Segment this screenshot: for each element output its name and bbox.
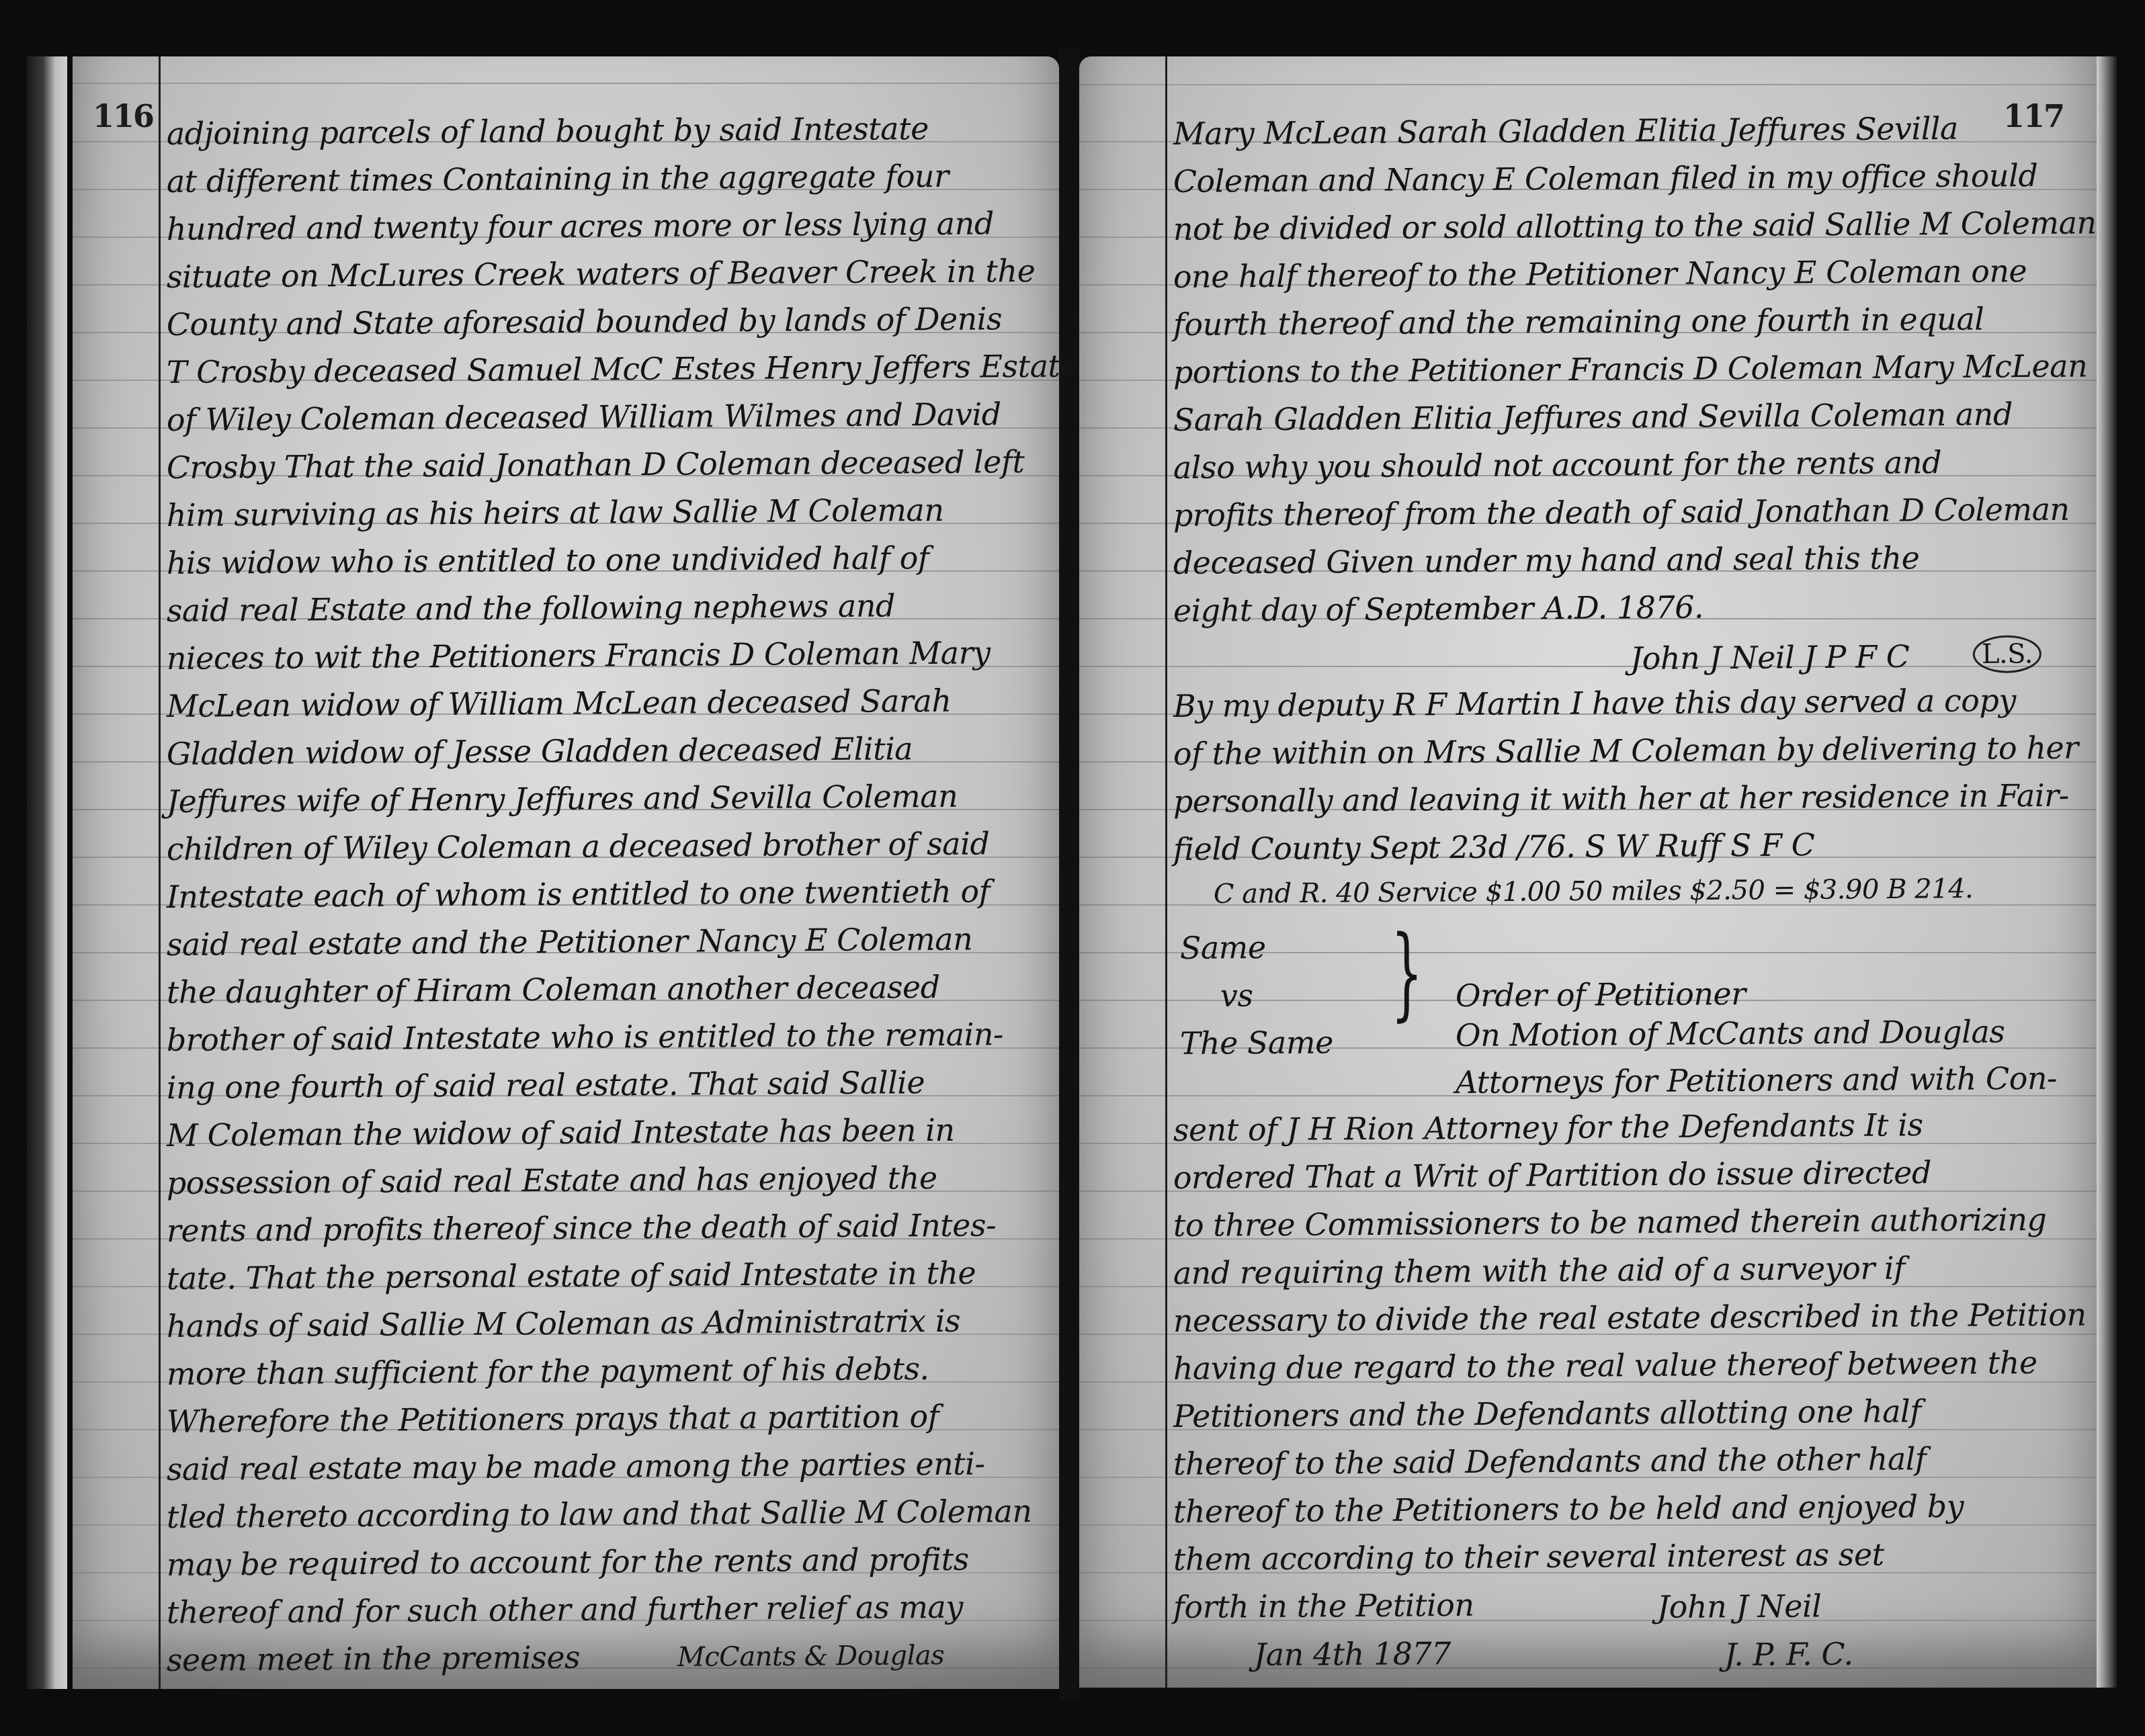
text-line: him surviving as his heirs at law Sallie… bbox=[167, 492, 944, 533]
order-line: ordered That a Writ of Partition do issu… bbox=[1173, 1154, 1931, 1196]
order-line: having due regard to the real value ther… bbox=[1173, 1344, 2037, 1387]
brace-icon: } bbox=[1391, 923, 1423, 1024]
service-line: personally and leaving it with her at he… bbox=[1173, 777, 2069, 820]
text-line: M Coleman the widow of said Intestate ha… bbox=[167, 1112, 955, 1154]
text-line: Coleman and Nancy E Coleman filed in my … bbox=[1173, 157, 2038, 200]
order-line: and requiring them with the aid of a sur… bbox=[1173, 1250, 1905, 1291]
service-line: field County Sept 23d /76. S W Ruff S F … bbox=[1173, 826, 1815, 867]
text-line: the daughter of Hiram Coleman another de… bbox=[167, 969, 940, 1010]
page-number: 116 bbox=[93, 98, 153, 134]
text-line: said real estate and the Petitioner Nanc… bbox=[167, 921, 973, 963]
text-line: possession of said real Estate and has e… bbox=[167, 1160, 937, 1201]
order-line: sent of J H Rion Attorney for the Defend… bbox=[1173, 1106, 1923, 1148]
text-line: Wherefore the Petitioners prays that a p… bbox=[167, 1398, 939, 1440]
text-line: situate on McLures Creek waters of Beave… bbox=[167, 253, 1036, 295]
book-binding-right bbox=[2097, 56, 2117, 1688]
order-line: forth in the Petition bbox=[1173, 1587, 1474, 1625]
text-line: not be divided or sold allotting to the … bbox=[1173, 204, 2097, 247]
text-line: deceased Given under my hand and seal th… bbox=[1173, 539, 1920, 581]
text-line: hands of said Sallie M Coleman as Admini… bbox=[167, 1303, 961, 1344]
text-line: ing one fourth of said real estate. That… bbox=[167, 1064, 925, 1106]
left-page: 116 adjoining parcels of land bought by … bbox=[73, 56, 1059, 1689]
text-line: also why you should not account for the … bbox=[1173, 444, 1942, 486]
margin-rule bbox=[159, 56, 161, 1689]
text-line: Gladden widow of Jesse Gladden deceased … bbox=[167, 730, 913, 772]
text-line: said real estate may be made among the p… bbox=[167, 1446, 985, 1487]
text-line: fourth thereof and the remaining one fou… bbox=[1173, 301, 1984, 343]
text-line: thereof and for such other and further r… bbox=[167, 1589, 963, 1631]
text-line: children of Wiley Coleman a deceased bro… bbox=[167, 825, 990, 867]
text-line: hundred and twenty four acres more or le… bbox=[167, 205, 994, 247]
order-line: necessary to divide the real estate desc… bbox=[1173, 1297, 2087, 1339]
text-line: seem meet in the premises bbox=[167, 1639, 581, 1678]
text-line: brother of said Intestate who is entitle… bbox=[167, 1016, 1004, 1058]
text-line: more than sufficient for the payment of … bbox=[167, 1350, 929, 1392]
costs-line: C and R. 40 Service $1.00 50 miles $2.50… bbox=[1214, 873, 1974, 910]
text-line: profits thereof from the death of said J… bbox=[1173, 491, 2070, 533]
book-binding-left bbox=[27, 56, 67, 1689]
order-line: On Motion of McCants and Douglas bbox=[1456, 1013, 2005, 1053]
text-line: T Crosby deceased Samuel McC Estes Henry… bbox=[167, 348, 1079, 390]
order-line: them according to their several interest… bbox=[1173, 1536, 1884, 1577]
judge-signature: John J Neil J P F C bbox=[1630, 638, 1910, 677]
order-title: Order of Petitioner bbox=[1456, 975, 1746, 1014]
service-line: of the within on Mrs Sallie M Coleman by… bbox=[1173, 730, 2078, 772]
order-signature-name: John J Neil bbox=[1657, 1588, 1822, 1625]
order-line: to three Commissioners to be named there… bbox=[1173, 1201, 2047, 1244]
text-line: Jeffures wife of Henry Jeffures and Sevi… bbox=[167, 778, 958, 820]
text-line: Intestate each of whom is entitled to on… bbox=[167, 873, 991, 915]
page-number: 117 bbox=[2003, 98, 2064, 134]
book-gutter bbox=[1059, 47, 1079, 1700]
caption-plaintiff: Same bbox=[1180, 929, 1266, 966]
margin-rule bbox=[1165, 56, 1167, 1688]
text-line: Mary McLean Sarah Gladden Elitia Jeffure… bbox=[1173, 110, 1958, 152]
order-signature-title: J. P. F. C. bbox=[1724, 1636, 1853, 1673]
text-line: McLean widow of William McLean deceased … bbox=[167, 683, 952, 724]
text-line: may be required to account for the rents… bbox=[167, 1541, 969, 1583]
text-line: tled thereto according to law and that S… bbox=[167, 1493, 1032, 1535]
text-line: tate. That the personal estate of said I… bbox=[167, 1255, 976, 1297]
text-line: Crosby That the said Jonathan D Coleman … bbox=[167, 443, 1025, 486]
text-line: said real Estate and the following nephe… bbox=[167, 587, 896, 629]
text-line: of Wiley Coleman deceased William Wilmes… bbox=[167, 396, 1001, 438]
seal-mark: L.S. bbox=[1973, 635, 2042, 673]
text-line: adjoining parcels of land bought by said… bbox=[167, 110, 929, 152]
text-line: portions to the Petitioner Francis D Col… bbox=[1173, 348, 2088, 390]
text-line: nieces to wit the Petitioners Francis D … bbox=[167, 634, 991, 677]
caption-vs: vs bbox=[1220, 978, 1253, 1014]
text-line: one half thereof to the Petitioner Nancy… bbox=[1173, 253, 2027, 295]
service-line: By my deputy R F Martin I have this day … bbox=[1173, 682, 2016, 724]
text-line: eight day of September A.D. 1876. bbox=[1173, 589, 1704, 629]
order-line: Petitioners and the Defendants allotting… bbox=[1173, 1393, 1921, 1434]
text-line: County and State aforesaid bounded by la… bbox=[167, 300, 1003, 343]
order-line: thereof to the said Defendants and the o… bbox=[1173, 1440, 1927, 1482]
order-date: Jan 4th 1877 bbox=[1254, 1635, 1452, 1673]
text-line: his widow who is entitled to one undivid… bbox=[167, 539, 929, 581]
caption-defendant: The Same bbox=[1180, 1024, 1333, 1061]
order-line: thereof to the Petitioners to be held an… bbox=[1173, 1488, 1964, 1530]
right-page: 117 Mary McLean Sarah Gladden Elitia Jef… bbox=[1079, 56, 2097, 1688]
order-line: Attorneys for Petitioners and with Con- bbox=[1456, 1060, 2058, 1100]
text-line: at different times Containing in the agg… bbox=[167, 158, 949, 200]
text-line: rents and profits thereof since the deat… bbox=[167, 1207, 997, 1249]
text-line: Sarah Gladden Elitia Jeffures and Sevill… bbox=[1173, 396, 2013, 438]
